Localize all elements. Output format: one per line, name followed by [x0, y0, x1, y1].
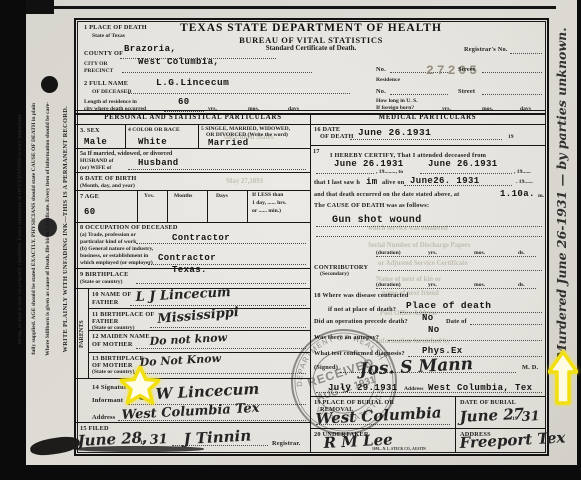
- autopsy-value: No: [428, 326, 440, 335]
- street-label-1: Street: [458, 66, 475, 73]
- ghost-text: May 27,1893: [226, 178, 263, 185]
- registrar-signature: J Tinnin: [183, 428, 251, 447]
- department-title: TEXAS STATE DEPARTMENT OF HEALTH: [176, 23, 446, 35]
- days-label-1: days: [288, 106, 299, 112]
- res-len-line: [164, 111, 204, 112]
- photo-corner-mark: [26, 0, 54, 14]
- mother-name-line: [136, 348, 306, 349]
- mother-name-value: Do not know: [149, 332, 227, 347]
- rule-line: [125, 124, 126, 148]
- date-of-label: Date of: [446, 318, 467, 325]
- yrs-label-2: yrs.: [442, 106, 451, 112]
- rule-line: [167, 190, 168, 222]
- occupation-a-label-1: (a) Trade, profession or: [80, 232, 136, 238]
- last-saw-end: . 19......: [516, 179, 533, 185]
- residence-length-value: 60: [178, 98, 190, 107]
- date-of-death-label-2: OF DEATH: [320, 133, 354, 140]
- occupation-b-value: Contractor: [158, 254, 216, 263]
- mos-label-1: mos.: [248, 106, 259, 112]
- to-line: [420, 173, 512, 174]
- city-line: [122, 72, 312, 73]
- rule-line: [310, 145, 545, 146]
- occupation-a-label-2: particular kind of work: [80, 239, 136, 245]
- full-name-label-1: 2 FULL NAME: [84, 80, 128, 87]
- county-value: Brazoria,: [124, 45, 176, 54]
- last-saw-label-1: that I last saw h: [314, 179, 360, 186]
- cause-line-1: [316, 226, 542, 227]
- duration-line-1: [376, 256, 536, 257]
- photo-edge-line: [30, 6, 556, 9]
- birthplace-value: Texas.: [172, 266, 207, 275]
- husband-value: Husband: [138, 159, 179, 168]
- duration-ds-2: ds.: [518, 282, 525, 288]
- street-label-2: Street: [458, 88, 475, 95]
- duration-mos-2: mos.: [474, 282, 485, 288]
- personal-section-title: PERSONAL AND STATISTICAL PARTICULARS: [76, 115, 310, 122]
- age-label: 7 AGE: [80, 193, 99, 200]
- full-name-label-2: OF DECEASED: [92, 89, 131, 95]
- days-label-2: days: [520, 106, 531, 112]
- filed-year-value: 31: [149, 433, 168, 447]
- birthplace-label-1: 9 BIRTHPLACE: [80, 271, 129, 278]
- occupation-b-label-1: (b) General nature of industry,: [80, 246, 153, 252]
- county-label: COUNTY OF: [84, 50, 123, 57]
- age-less-label-1: If LESS than: [252, 192, 283, 198]
- operation-label: Did an operation precede death?: [314, 318, 408, 325]
- street-line-1: [482, 72, 542, 73]
- signed-address-value: West Columbia, Tex: [428, 384, 532, 393]
- death-time-value: 1.10a.: [500, 190, 535, 199]
- rule-line: [76, 222, 310, 223]
- if-not-label: if not at place of death?: [328, 306, 396, 313]
- ink-smudge-bottom: [74, 446, 204, 452]
- occupation-b-label-3: which employed (or employer): [80, 260, 153, 266]
- race-value: White: [138, 138, 167, 147]
- rule-line: [207, 190, 208, 222]
- duration-mos-1: mos.: [474, 250, 485, 256]
- contributory-line: [378, 270, 542, 271]
- duration-label-2: (duration): [376, 282, 401, 288]
- husband-line: [128, 169, 306, 170]
- registrar-label: Registrar.: [272, 440, 301, 447]
- death-m-label: m.: [538, 193, 544, 199]
- scanned-death-certificate: WRITE PLAINLY WITH UNFADING INK—THIS IS …: [0, 0, 581, 480]
- ghost-text: Serial Number of Discharge Papers: [368, 242, 471, 249]
- father-name-label-2: FATHER: [92, 299, 119, 306]
- age-months-label: Months: [174, 193, 192, 199]
- rule-line: [76, 110, 545, 111]
- contributory-label-2: (Secondary): [320, 271, 349, 277]
- rule-line: [76, 172, 310, 173]
- hole-punch-middle: [38, 218, 57, 237]
- operation-value: No: [422, 314, 434, 323]
- md-label: M. D.: [522, 364, 538, 371]
- place-of-death-label: 1 PLACE OF DEATH: [84, 24, 147, 31]
- rule-line: [76, 148, 310, 149]
- rule-line: [76, 422, 310, 423]
- full-name-line: [128, 93, 350, 94]
- age-less-label-3: or ...... min.): [252, 208, 281, 214]
- no-label-2: No.: [376, 88, 386, 95]
- age-days-label: Days: [216, 193, 228, 199]
- dod-19-label: 19: [508, 134, 514, 140]
- last-saw-label-2: alive on: [382, 179, 404, 186]
- burial-year-value: 31: [521, 410, 540, 424]
- rule-line: [247, 190, 248, 222]
- burial-date-value: June 27: [459, 407, 524, 425]
- us-length-label-2: If foreign born?: [376, 105, 414, 111]
- occupation-label: 8 OCCUPATION OF DECEASED: [80, 224, 178, 231]
- last-saw-date: June26. 1931: [410, 177, 480, 186]
- autopsy-line: [388, 340, 542, 341]
- father-name-label-1: 10 NAME OF: [92, 291, 131, 298]
- occupation-a-value: Contractor: [172, 234, 230, 243]
- rule-line: [455, 396, 456, 452]
- husband-label-1: 5a If married, widowed, or divorced: [80, 151, 172, 158]
- sex-value: Male: [84, 138, 107, 147]
- rule-line: [76, 378, 310, 379]
- date-of-death-line: [350, 139, 502, 140]
- medical-section-title: MEDICAL PARTICULARS: [310, 115, 545, 122]
- cause-of-death-label: The CAUSE OF DEATH was as follows:: [314, 202, 429, 209]
- parents-vertical-label: PARENTS: [79, 316, 85, 348]
- rule-line: [88, 288, 89, 378]
- duration-yrs-2: yrs.: [428, 282, 437, 288]
- to-mid-label: , 19........, to: [376, 169, 403, 175]
- age-yrs-label: Yrs.: [144, 193, 154, 199]
- duration-line-2: [376, 288, 536, 289]
- husband-label-3: (or) WIFE of: [80, 165, 111, 171]
- full-name-value: L.G.Lincecum: [156, 78, 229, 88]
- received-stamp: DEPARTMENT OF HEALTH VITAL STATISTICS RE…: [288, 326, 400, 438]
- occupation-b-label-2: business, or establishment in: [80, 253, 148, 259]
- father-birthplace-line: [150, 327, 306, 328]
- city-label-1: CITY OR: [84, 61, 108, 67]
- highlight-star-icon: [120, 366, 160, 406]
- death-at-label: and that death occurred on the date stat…: [314, 192, 459, 199]
- occupation-a-line: [136, 243, 306, 244]
- margin-instruction-line-3: fully supplied. AGE should be stated EXA…: [32, 14, 38, 444]
- margin-instruction-line-1: WRITE PLAINLY WITH UNFADING INK—THIS IS …: [63, 14, 69, 444]
- residence-length-label-2: city where death occurred: [84, 106, 146, 112]
- where-contracted-value: Place of death: [406, 301, 491, 311]
- registrar-no-label: Registrar's No.: [464, 46, 508, 53]
- duration-ds-1: ds.: [518, 250, 525, 256]
- residence-length-label-1: Length of residence in: [84, 99, 137, 105]
- highlight-arrow-icon: [548, 350, 578, 406]
- cause-of-death-value: Gun shot wound: [332, 216, 422, 226]
- informant-label-2: Informant: [92, 397, 123, 405]
- residence-label: Residence: [376, 77, 400, 83]
- mother-name-label-1: 12 MAIDEN NAME: [92, 333, 150, 340]
- last-saw-im: im: [366, 178, 378, 187]
- duration-label-1: (duration): [376, 250, 401, 256]
- cause-line-2: [316, 236, 542, 237]
- street-line-2: [482, 94, 542, 95]
- registrar-no-line: [510, 53, 542, 54]
- yrs-label-1: yrs.: [208, 106, 217, 112]
- city-label-2: PRECINCT: [84, 68, 113, 74]
- date-of-line: [470, 324, 542, 325]
- marital-value: Married: [208, 139, 249, 148]
- rule-line: [137, 190, 138, 222]
- to-end-label: , 19......: [514, 169, 531, 175]
- rule-line: [198, 124, 199, 148]
- mos-label-2: mos.: [482, 106, 493, 112]
- rule-line: [76, 190, 310, 191]
- mother-name-label-2: OF MOTHER: [92, 341, 133, 348]
- age-value: 60: [84, 208, 96, 217]
- informant-address-label: Address: [92, 414, 115, 421]
- father-birthplace-label-3: (State or country): [92, 325, 134, 331]
- sex-label: 3. SEX: [80, 127, 100, 134]
- birthplace-label-2: (State or country): [80, 279, 122, 285]
- where-contracted-label: 18 Where was disease contracted: [314, 292, 408, 299]
- dob-label-2: (Month, day, and year): [80, 183, 135, 189]
- duration-yrs-1: yrs.: [428, 250, 437, 256]
- state-of-texas-label: State of Texas: [92, 33, 125, 39]
- margin-handwritten-note: Murdered June 26-1931 — by parties unkno…: [555, 25, 569, 361]
- birthplace-line: [136, 283, 306, 284]
- us-length-label-1: How long in U. S.: [376, 98, 418, 104]
- hole-punch-top: [41, 76, 58, 93]
- race-label: 4 COLOR OR RACE: [128, 127, 180, 133]
- certificate-title: Standard Certificate of Death.: [176, 45, 446, 52]
- no-line-2: [390, 94, 448, 95]
- age-less-label-2: 1 day, ...... hrs.: [252, 200, 286, 206]
- margin-instruction-line-4: terms, so that it may be properly classi…: [18, 14, 24, 444]
- attended-from-value: June 26.1931: [334, 160, 404, 169]
- signed-address-label: Address: [404, 386, 423, 392]
- husband-label-2: HUSBAND of: [80, 158, 113, 164]
- dob-label-1: 6 DATE OF BIRTH: [80, 175, 136, 182]
- city-value: West Columbia,: [138, 58, 219, 67]
- from-line: [316, 173, 374, 174]
- father-name-value: L J Lincecum: [135, 286, 231, 304]
- no-label-1: No.: [376, 66, 386, 73]
- ghost-text: or Adjusted Service Certificate: [378, 260, 468, 267]
- attended-to-value: June 26.1931: [428, 160, 498, 169]
- item-17-label: 17: [313, 148, 320, 155]
- date-of-death-value: June 26.1931: [358, 128, 431, 138]
